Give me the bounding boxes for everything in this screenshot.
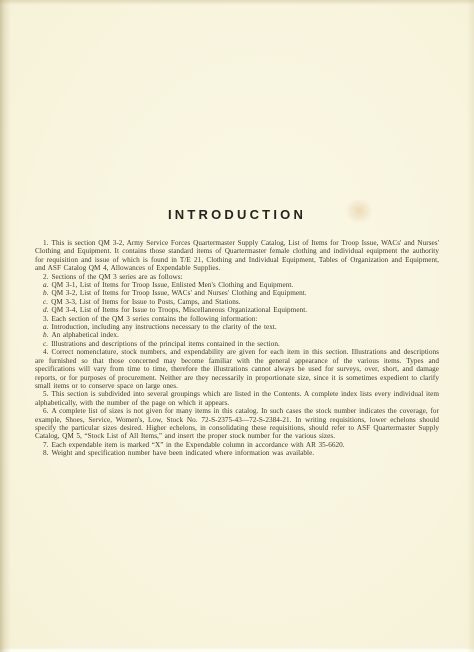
paragraph: 7.Each expendable item is marked “X” in …: [35, 441, 439, 449]
paragraph-text: Weight and specification number have bee…: [52, 449, 315, 457]
paragraph: 3.Each section of the QM 3 series contai…: [35, 315, 439, 323]
paragraph-text: Each expendable item is marked “X” in th…: [52, 441, 345, 449]
paragraph: 4.Correct nomenclature, stock numbers, a…: [35, 348, 439, 390]
item-text: QM 3-4, List of Items for Issue to Troop…: [52, 306, 308, 314]
item-text: An alphabetical index.: [52, 331, 119, 339]
paragraph-text: This section is subdivided into several …: [35, 390, 439, 406]
item-text: Introduction, including any instructions…: [52, 323, 277, 331]
item-letter: c.: [43, 340, 51, 348]
paragraph-text: Sections of the QM 3 series are as follo…: [52, 273, 183, 281]
paragraph: 5.This section is subdivided into severa…: [35, 390, 439, 407]
item-letter: b.: [43, 331, 52, 339]
item-letter: c.: [43, 298, 51, 306]
paragraph-text: This is section QM 3-2, Army Service For…: [35, 239, 439, 272]
list-item: c.QM 3-3, List of Items for Issue to Pos…: [35, 298, 439, 306]
list-item: a.Introduction, including any instructio…: [35, 323, 439, 331]
item-text: QM 3-1, List of Items for Troop Issue, E…: [52, 281, 294, 289]
paragraph: 2.Sections of the QM 3 series are as fol…: [35, 273, 439, 281]
list-item: a.QM 3-1, List of Items for Troop Issue,…: [35, 281, 439, 289]
paragraph-number: 1.: [43, 239, 52, 247]
paragraph-number: 5.: [43, 390, 52, 398]
paragraph-text: A complete list of sizes is not given fo…: [35, 407, 439, 440]
item-letter: b.: [43, 289, 52, 297]
list-item: c.Illustrations and descriptions of the …: [35, 340, 439, 348]
paragraph-text: Each section of the QM 3 series contains…: [52, 315, 258, 323]
list-item: b.QM 3-2, List of Items for Troop Issue,…: [35, 289, 439, 297]
paragraph-number: 7.: [43, 441, 52, 449]
item-letter: d.: [43, 306, 52, 314]
paragraph-number: 2.: [43, 273, 52, 281]
introduction-text: 1.This is section QM 3-2, Army Service F…: [35, 239, 439, 458]
paragraph: 6.A complete list of sizes is not given …: [35, 407, 439, 441]
item-letter: a.: [43, 323, 52, 331]
paragraph-number: 8.: [43, 449, 52, 457]
paragraph-number: 6.: [43, 407, 52, 415]
paragraph-number: 4.: [43, 348, 52, 356]
page-title: INTRODUCTION: [0, 0, 474, 222]
paragraph: 8.Weight and specification number have b…: [35, 449, 439, 457]
item-letter: a.: [43, 281, 52, 289]
paragraph: 1.This is section QM 3-2, Army Service F…: [35, 239, 439, 273]
item-text: QM 3-3, List of Items for Issue to Posts…: [51, 298, 240, 306]
paragraph-number: 3.: [43, 315, 52, 323]
list-item: b.An alphabetical index.: [35, 331, 439, 339]
scanned-page: INTRODUCTION 1.This is section QM 3-2, A…: [0, 0, 474, 652]
item-text: Illustrations and descriptions of the pr…: [51, 340, 280, 348]
list-item: d.QM 3-4, List of Items for Issue to Tro…: [35, 306, 439, 314]
item-text: QM 3-2, List of Items for Troop Issue, W…: [52, 289, 307, 297]
paragraph-text: Correct nomenclature, stock numbers, and…: [35, 348, 439, 390]
